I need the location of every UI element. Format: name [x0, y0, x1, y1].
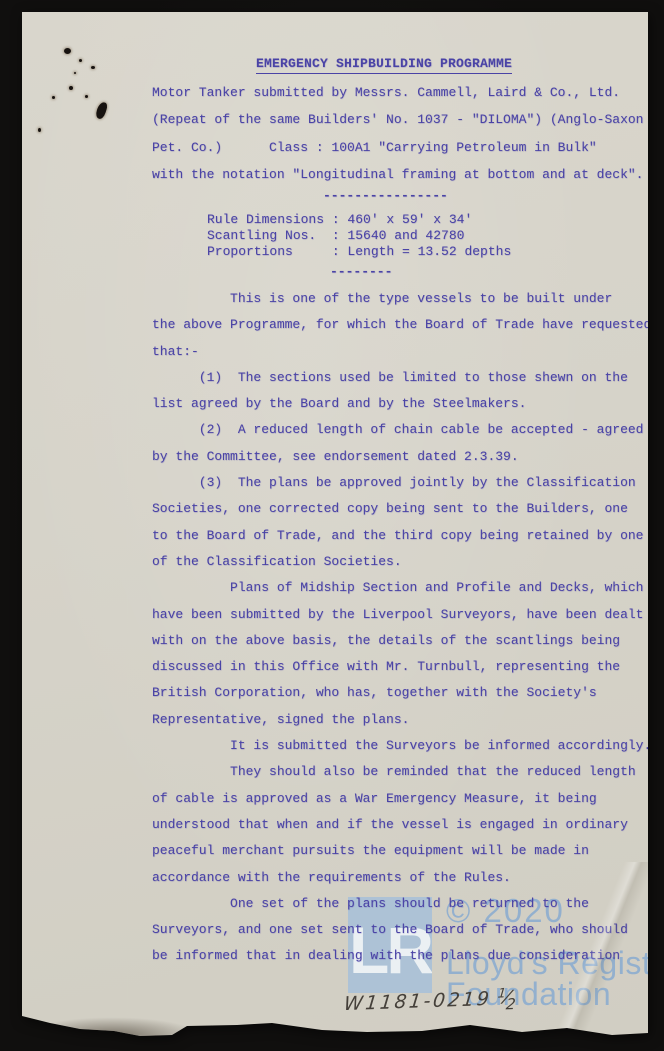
reference-fraction: 1⁄2: [496, 987, 519, 1010]
torn-edge-shadow: [52, 1017, 202, 1036]
paper-speck: [85, 95, 88, 98]
specifications-block: Rule Dimensions : 460' x 59' x 34' Scant…: [207, 212, 511, 259]
paper-speck: [79, 59, 82, 62]
divider-dashes-long: ----------------: [323, 188, 448, 203]
paper-wrapper: LR © 2020 Lloyd's Register Foundation EM…: [22, 12, 648, 1036]
document-title: EMERGENCY SHIPBUILDING PROGRAMME: [256, 56, 512, 74]
paper-tear-mark: [95, 101, 109, 120]
divider-dashes-short: --------: [330, 264, 392, 279]
paper-speck: [91, 66, 95, 69]
document-page: LR © 2020 Lloyd's Register Foundation EM…: [22, 12, 648, 1036]
paper-speck: [69, 86, 73, 90]
body-text: This is one of the type vessels to be bu…: [152, 286, 648, 970]
paper-hole: [64, 48, 71, 54]
scan-background: LR © 2020 Lloyd's Register Foundation EM…: [0, 0, 664, 1051]
paper-speck: [74, 72, 76, 74]
intro-paragraph: Motor Tanker submitted by Messrs. Cammel…: [152, 79, 643, 188]
paper-speck: [52, 96, 55, 99]
paper-speck: [38, 128, 41, 132]
